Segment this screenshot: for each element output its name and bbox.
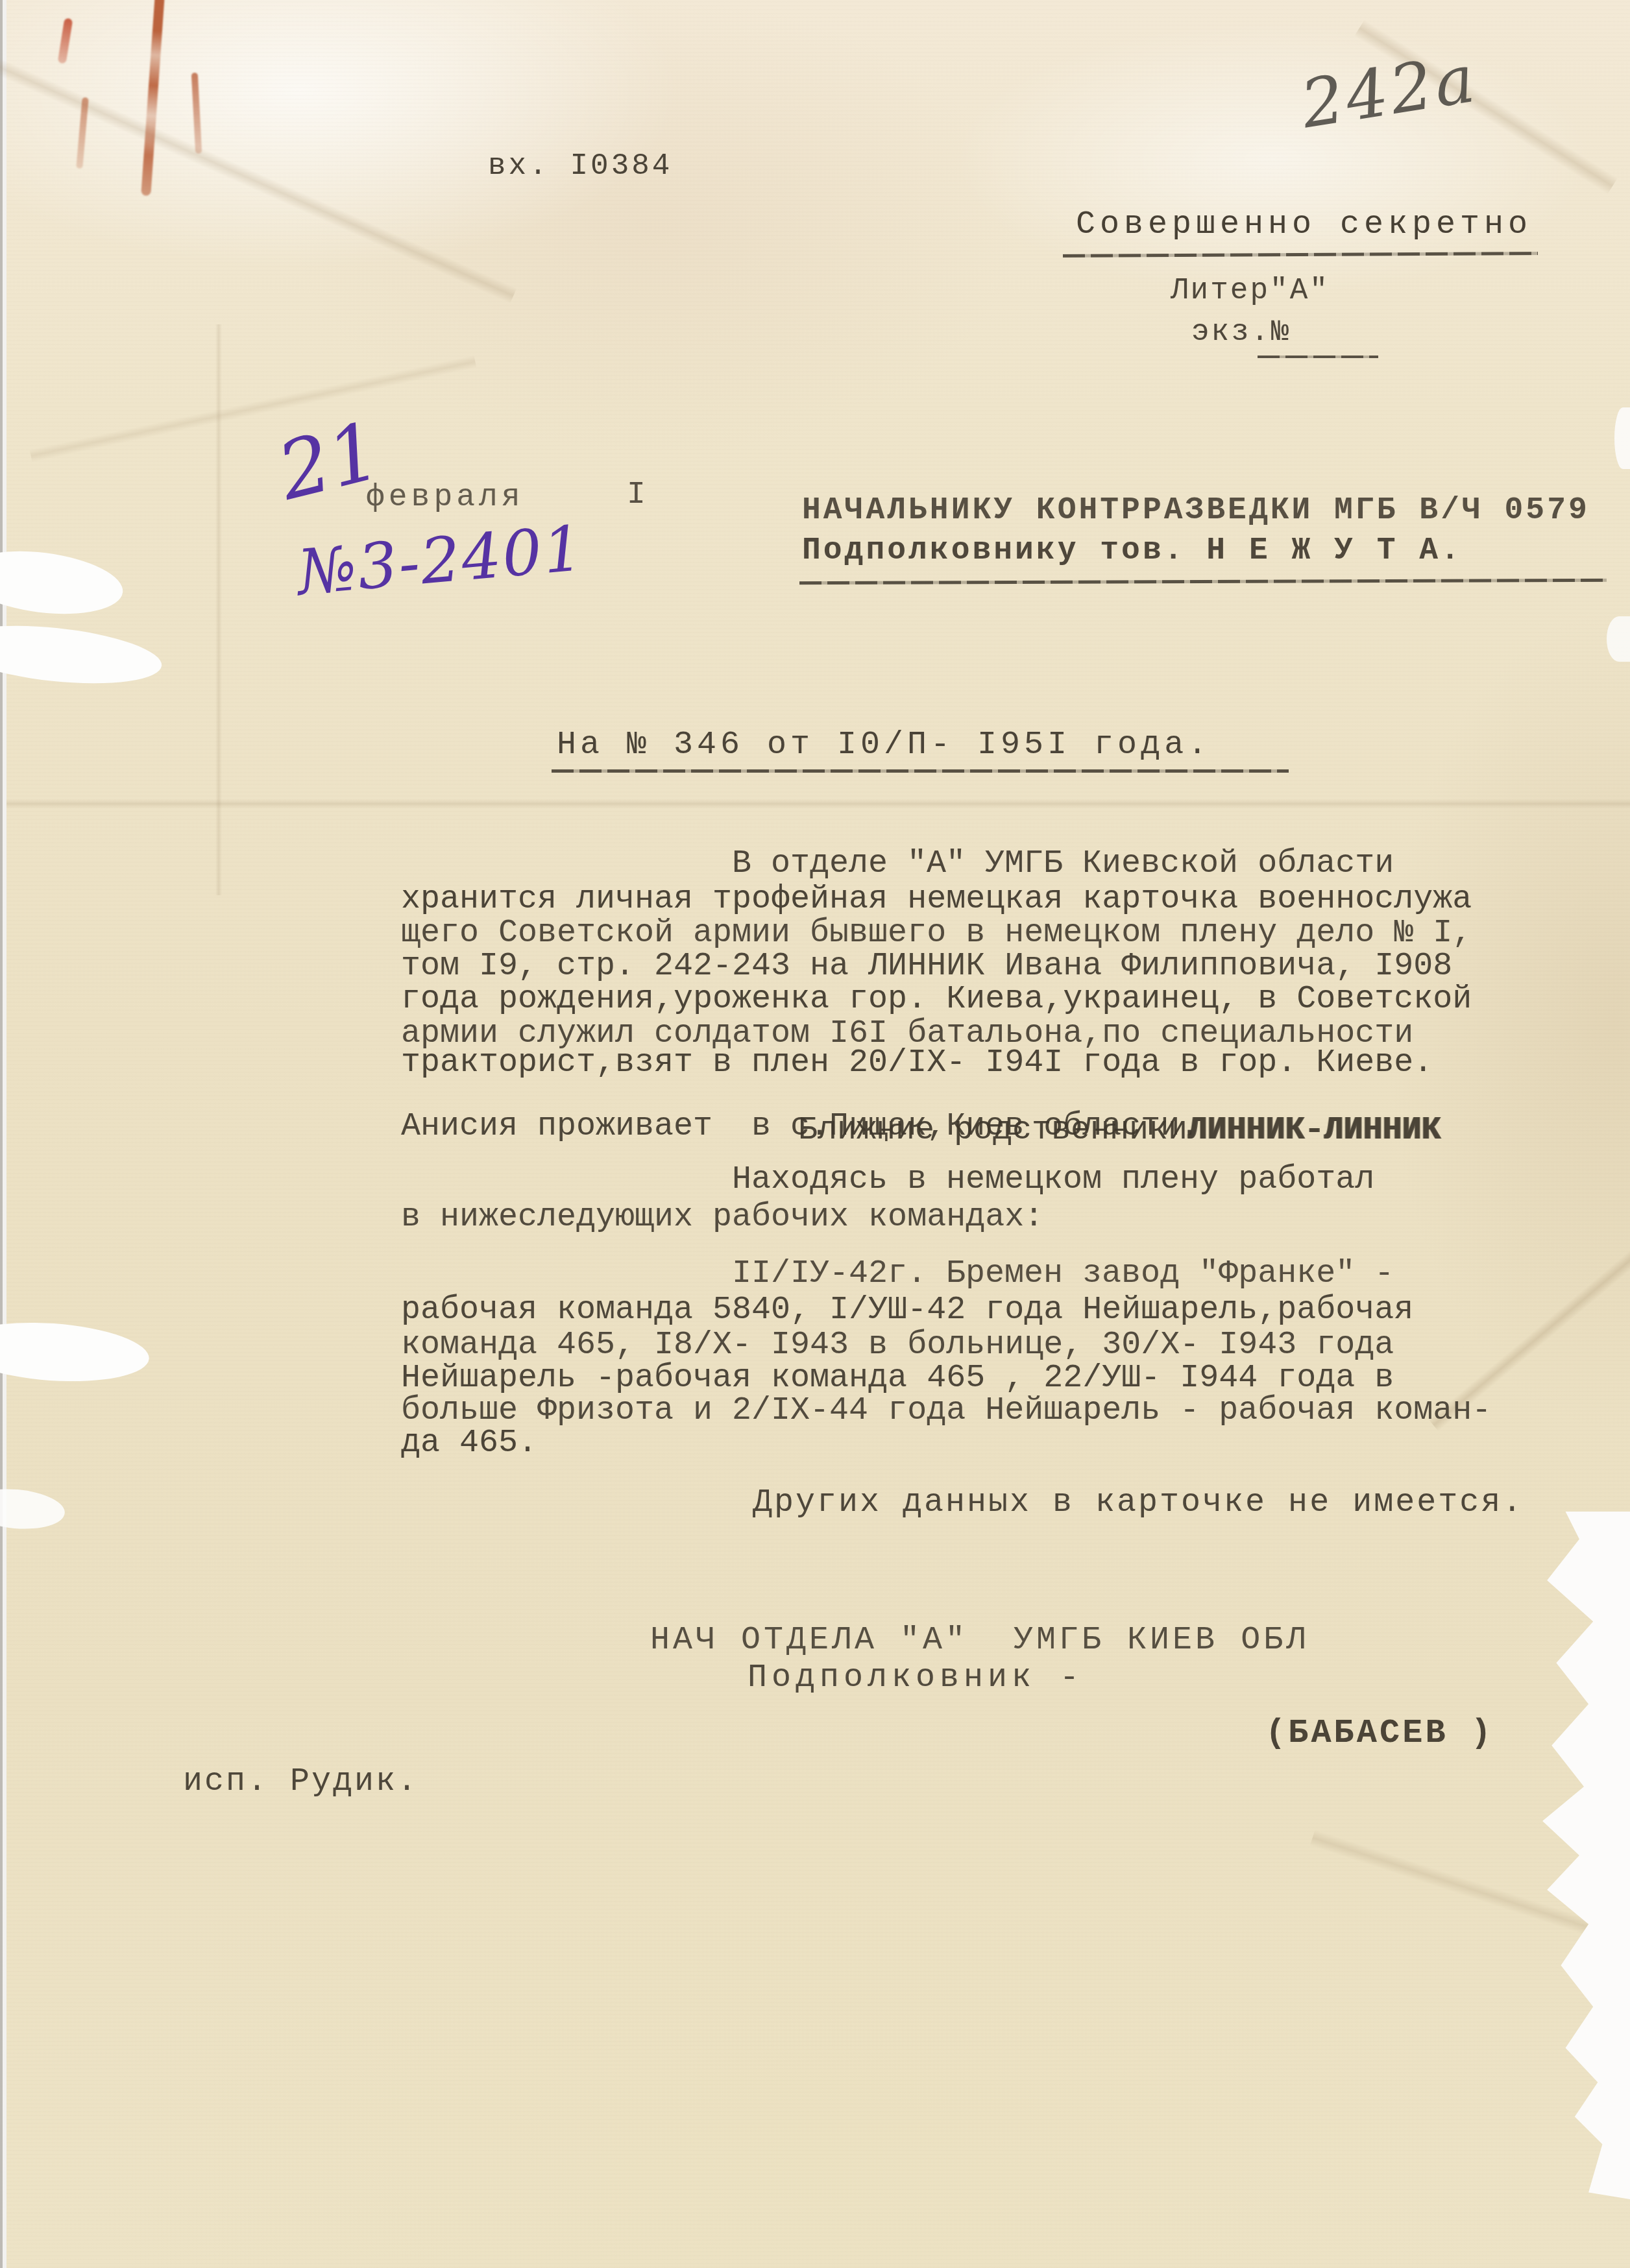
scanner-edge-strip xyxy=(0,0,3,2268)
torn-right-nick-middle xyxy=(1607,616,1630,662)
addressee-line-1: НАЧАЛЬНИКУ КОНТРРАЗВЕДКИ МГБ В/Ч 0579 xyxy=(802,493,1590,528)
punch-hole-notch-4 xyxy=(0,1486,66,1533)
relatives-line-2: Анисия проживает в с.Пищак,Киев области. xyxy=(401,1108,1199,1145)
body-line: том I9, стр. 242-243 на ЛИННИК Ивана Фил… xyxy=(401,948,1452,985)
body-line: II/IУ-42г. Бремен завод "Франке" - xyxy=(732,1255,1394,1292)
liter-label: Литер"А" xyxy=(1171,274,1330,308)
torn-right-edge xyxy=(1538,1512,1630,2199)
red-crayon-corner-mark-2 xyxy=(76,97,89,169)
relatives-names-overstruck: ЛИННИК-ЛИННИК xyxy=(1187,1112,1441,1149)
body-line: Находясь в немецком плену работал xyxy=(732,1161,1374,1198)
punch-hole-notch-2 xyxy=(0,617,164,692)
copy-number-blank-underline xyxy=(1258,356,1378,358)
scanned-document-page: { "doc": { "stamp_in": "вх. I0384", "pag… xyxy=(0,0,1630,2268)
paper-sheet: вх. I0384 Совершенно секретно Литер"А" э… xyxy=(6,0,1630,2268)
body-line: хранится личная трофейная немецкая карто… xyxy=(401,881,1472,918)
reference-line: На № 346 от I0/П- I95I года. xyxy=(557,727,1211,764)
signature-name: (БАБАСЕВ ) xyxy=(1265,1714,1494,1752)
reference-underline xyxy=(552,769,1289,773)
body-line: команда 465, I8/Х- I943 в больнице, 30/Х… xyxy=(401,1327,1394,1364)
incoming-number-stamp: вх. I0384 xyxy=(488,149,672,183)
body-line: Нейшарель -рабочая команда 465 , 22/УШ- … xyxy=(401,1360,1394,1397)
body-line: больше Фризота и 2/IХ-44 года Нейшарель … xyxy=(401,1392,1491,1429)
punch-hole-notch-1 xyxy=(0,543,127,622)
red-crayon-stroke-long xyxy=(141,0,165,196)
handwritten-page-number: 242а xyxy=(1296,40,1482,143)
body-line: в нижеследующих рабочих командах: xyxy=(401,1199,1043,1236)
crease-vertical-left xyxy=(215,324,222,895)
crease-horizontal-upper xyxy=(6,799,1630,808)
crease-diagonal-topleft xyxy=(0,51,517,304)
typed-month-mark: I xyxy=(627,477,646,513)
body-line: года рождения,уроженка гор. Киева,украин… xyxy=(401,981,1472,1018)
red-crayon-stroke-short xyxy=(191,73,202,154)
body-line: рабочая команда 5840, I/УШ-42 года Нейша… xyxy=(401,1292,1413,1329)
typed-month: февраля xyxy=(366,480,524,515)
classification-label: Совершенно секретно xyxy=(1076,206,1532,243)
addressee-underline xyxy=(799,579,1607,585)
executor-line: исп. Рудик. xyxy=(183,1763,419,1800)
torn-right-nick-upper xyxy=(1614,407,1630,469)
punch-hole-notch-3 xyxy=(0,1317,151,1388)
body-line: щего Советской армии бывшего в немецком … xyxy=(401,915,1472,952)
red-crayon-corner-mark xyxy=(58,18,73,64)
classification-underline xyxy=(1063,252,1538,258)
body-line: да 465. xyxy=(401,1425,537,1462)
copy-number-label: экз.№ xyxy=(1191,315,1291,349)
handwritten-outgoing-number: №3-2401 xyxy=(295,512,587,609)
crease-diagonal-topleft-2 xyxy=(30,355,477,462)
body-line: В отделе "А" УМГБ Киевской области xyxy=(732,845,1394,882)
addressee-line-2: Подполковнику тов. Н Е Ж У Т А. xyxy=(802,533,1462,568)
no-other-data-line: Других данных в карточке не имеется. xyxy=(753,1484,1524,1521)
signature-title-line-2: Подполковник - xyxy=(748,1659,1084,1696)
signature-title-line-1: НАЧ ОТДЕЛА "А" УМГБ КИЕВ ОБЛ xyxy=(650,1622,1309,1659)
